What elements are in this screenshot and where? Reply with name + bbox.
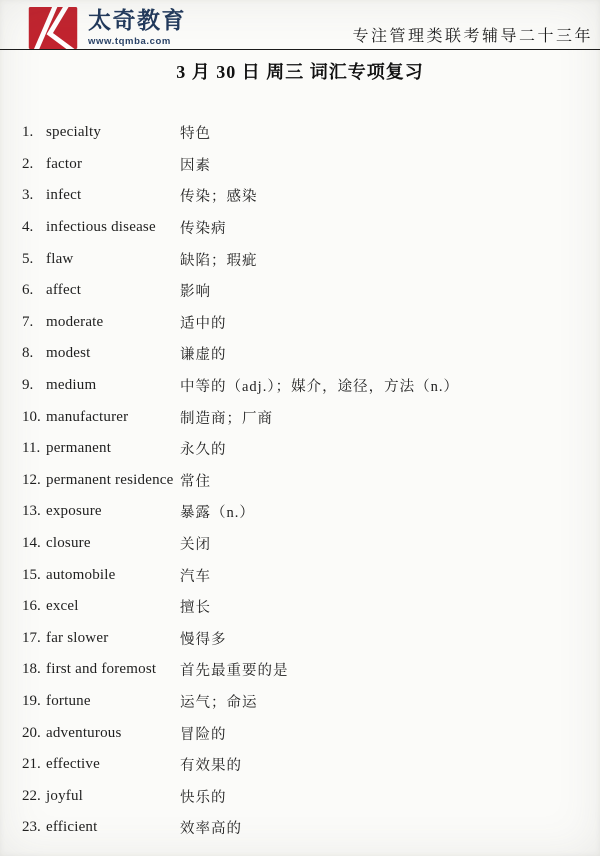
vocab-row: 13. exposure 暴露（n.） — [22, 496, 592, 528]
vocab-word: moderate — [46, 314, 180, 331]
document-header: 太奇教育 www.tqmba.com 专注管理类联考辅导二十三年 — [0, 0, 600, 50]
vocab-number: 19. — [22, 693, 46, 710]
vocab-number: 14. — [22, 535, 46, 552]
vocab-row: 22. joyful 快乐的 — [22, 780, 592, 812]
vocab-meaning: 关闭 — [180, 533, 592, 554]
vocab-meaning: 暴露（n.） — [180, 501, 592, 522]
vocab-row: 11. permanent 永久的 — [22, 433, 592, 465]
vocab-word: adventurous — [46, 725, 180, 742]
vocab-word: permanent — [46, 440, 180, 457]
vocab-word: factor — [46, 156, 180, 173]
vocab-word: excel — [46, 598, 180, 615]
vocab-row: 6. affect 影响 — [22, 275, 592, 307]
vocab-word: efficient — [46, 819, 180, 836]
vocab-word: fortune — [46, 693, 180, 710]
vocab-number: 11. — [22, 440, 46, 457]
vocab-number: 8. — [22, 345, 46, 362]
vocab-number: 5. — [22, 251, 46, 268]
vocab-row: 5. flaw 缺陷；瑕疵 — [22, 243, 592, 275]
vocab-number: 3. — [22, 187, 46, 204]
vocab-meaning: 传染；感染 — [180, 185, 592, 206]
vocab-word: infectious disease — [46, 219, 180, 236]
vocab-word: exposure — [46, 503, 180, 520]
vocab-number: 13. — [22, 503, 46, 520]
vocab-row: 8. modest 谦虚的 — [22, 338, 592, 370]
vocab-number: 22. — [22, 788, 46, 805]
vocab-row: 3. infect 传染；感染 — [22, 180, 592, 212]
vocab-word: medium — [46, 377, 180, 394]
vocab-row: 17. far slower 慢得多 — [22, 623, 592, 655]
vocab-number: 17. — [22, 630, 46, 647]
vocab-meaning: 特色 — [180, 122, 592, 143]
vocab-meaning: 中等的（adj.）；媒介，途径，方法（n.） — [180, 375, 592, 396]
vocab-meaning: 有效果的 — [180, 754, 592, 775]
vocab-word: closure — [46, 535, 180, 552]
brand-name: 太奇教育 — [88, 8, 186, 33]
vocab-number: 6. — [22, 282, 46, 299]
vocab-word: infect — [46, 187, 180, 204]
vocab-number: 4. — [22, 219, 46, 236]
vocab-word: specialty — [46, 124, 180, 141]
vocab-number: 15. — [22, 567, 46, 584]
vocab-number: 1. — [22, 124, 46, 141]
vocab-meaning: 首先最重要的是 — [180, 659, 592, 680]
brand-website: www.tqmba.com — [88, 36, 186, 47]
vocab-word: automobile — [46, 567, 180, 584]
vocab-number: 16. — [22, 598, 46, 615]
vocab-meaning: 汽车 — [180, 565, 592, 586]
vocab-row: 23. efficient 效率高的 — [22, 812, 592, 844]
vocab-number: 23. — [22, 819, 46, 836]
vocab-meaning: 因素 — [180, 154, 592, 175]
taiqi-k-logo-icon — [28, 7, 78, 49]
vocab-meaning: 影响 — [180, 280, 592, 301]
vocab-row: 9. medium 中等的（adj.）；媒介，途径，方法（n.） — [22, 370, 592, 402]
vocab-meaning: 制造商；厂商 — [180, 407, 592, 428]
vocab-meaning: 擅长 — [180, 596, 592, 617]
vocab-row: 2. factor 因素 — [22, 149, 592, 181]
vocab-number: 9. — [22, 377, 46, 394]
vocab-row: 15. automobile 汽车 — [22, 559, 592, 591]
vocab-word: manufacturer — [46, 409, 180, 426]
vocab-row: 18. first and foremost 首先最重要的是 — [22, 654, 592, 686]
vocab-meaning: 快乐的 — [180, 786, 592, 807]
vocab-word: joyful — [46, 788, 180, 805]
vocab-row: 1. specialty 特色 — [22, 117, 592, 149]
vocab-number: 7. — [22, 314, 46, 331]
vocab-row: 19. fortune 运气；命运 — [22, 686, 592, 718]
vocab-word: modest — [46, 345, 180, 362]
vocab-row: 14. closure 关闭 — [22, 528, 592, 560]
brand-text-block: 太奇教育 www.tqmba.com — [88, 7, 186, 47]
vocab-number: 2. — [22, 156, 46, 173]
vocab-meaning: 常住 — [180, 470, 592, 491]
vocab-word: permanent residence — [46, 472, 180, 489]
vocab-row: 21. effective 有效果的 — [22, 749, 592, 781]
vocab-meaning: 谦虚的 — [180, 343, 592, 364]
vocab-row: 7. moderate 适中的 — [22, 307, 592, 339]
vocab-meaning: 运气；命运 — [180, 691, 592, 712]
vocab-meaning: 永久的 — [180, 438, 592, 459]
vocab-number: 21. — [22, 756, 46, 773]
vocab-number: 20. — [22, 725, 46, 742]
vocab-row: 16. excel 擅长 — [22, 591, 592, 623]
vocab-meaning: 传染病 — [180, 217, 592, 238]
page-title: 3 月 30 日 周三 词汇专项复习 — [0, 58, 600, 84]
vocab-number: 12. — [22, 472, 46, 489]
vocab-row: 10. manufacturer 制造商；厂商 — [22, 401, 592, 433]
vocab-meaning: 慢得多 — [180, 628, 592, 649]
vocab-number: 10. — [22, 409, 46, 426]
vocab-row: 4. infectious disease 传染病 — [22, 212, 592, 244]
header-slogan: 专注管理类联考辅导二十三年 — [352, 23, 593, 46]
vocab-word: affect — [46, 282, 180, 299]
vocab-meaning: 效率高的 — [180, 817, 592, 838]
vocab-word: far slower — [46, 630, 180, 647]
vocab-row: 20. adventurous 冒险的 — [22, 717, 592, 749]
vocab-word: first and foremost — [46, 661, 180, 678]
vocab-meaning: 缺陷；瑕疵 — [180, 249, 592, 270]
brand-logo: 太奇教育 www.tqmba.com — [28, 7, 186, 49]
vocab-word: flaw — [46, 251, 180, 268]
vocab-number: 18. — [22, 661, 46, 678]
vocab-meaning: 冒险的 — [180, 723, 592, 744]
vocab-row: 12. permanent residence 常住 — [22, 465, 592, 497]
vocab-meaning: 适中的 — [180, 312, 592, 333]
vocab-word: effective — [46, 756, 180, 773]
vocab-list: 1. specialty 特色 2. factor 因素 3. infect 传… — [22, 117, 592, 844]
